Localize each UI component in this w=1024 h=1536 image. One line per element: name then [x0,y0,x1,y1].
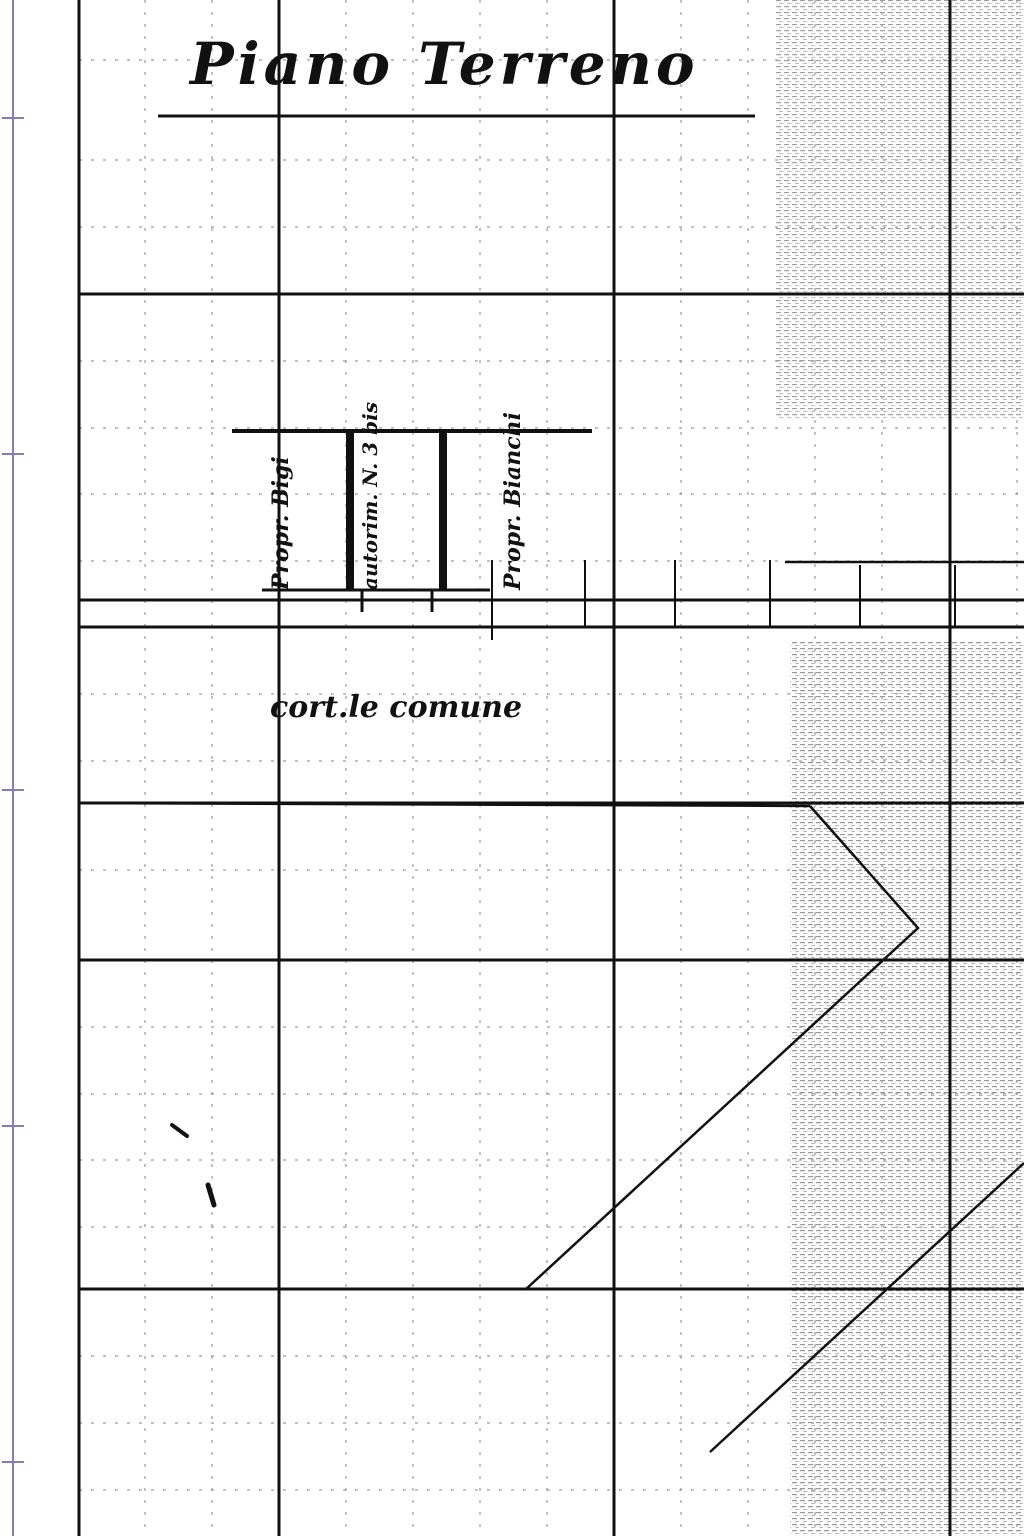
courtyard-label: cort.le comune [270,690,522,725]
floor-plan-sheet [0,0,1024,1536]
stray-marks [172,1125,214,1205]
owner-label-bianchi: Propr. Bianchi [500,412,526,590]
left-margin-ruler [2,0,24,1536]
owner-label-bigi: Propr. Bigi [268,456,294,590]
plan-title: Piano Terreno [190,30,699,98]
garage-plan [79,431,1024,640]
garage-label: autorim. N. 3 bis [358,402,382,590]
dense-grid-texture [775,0,1024,1536]
